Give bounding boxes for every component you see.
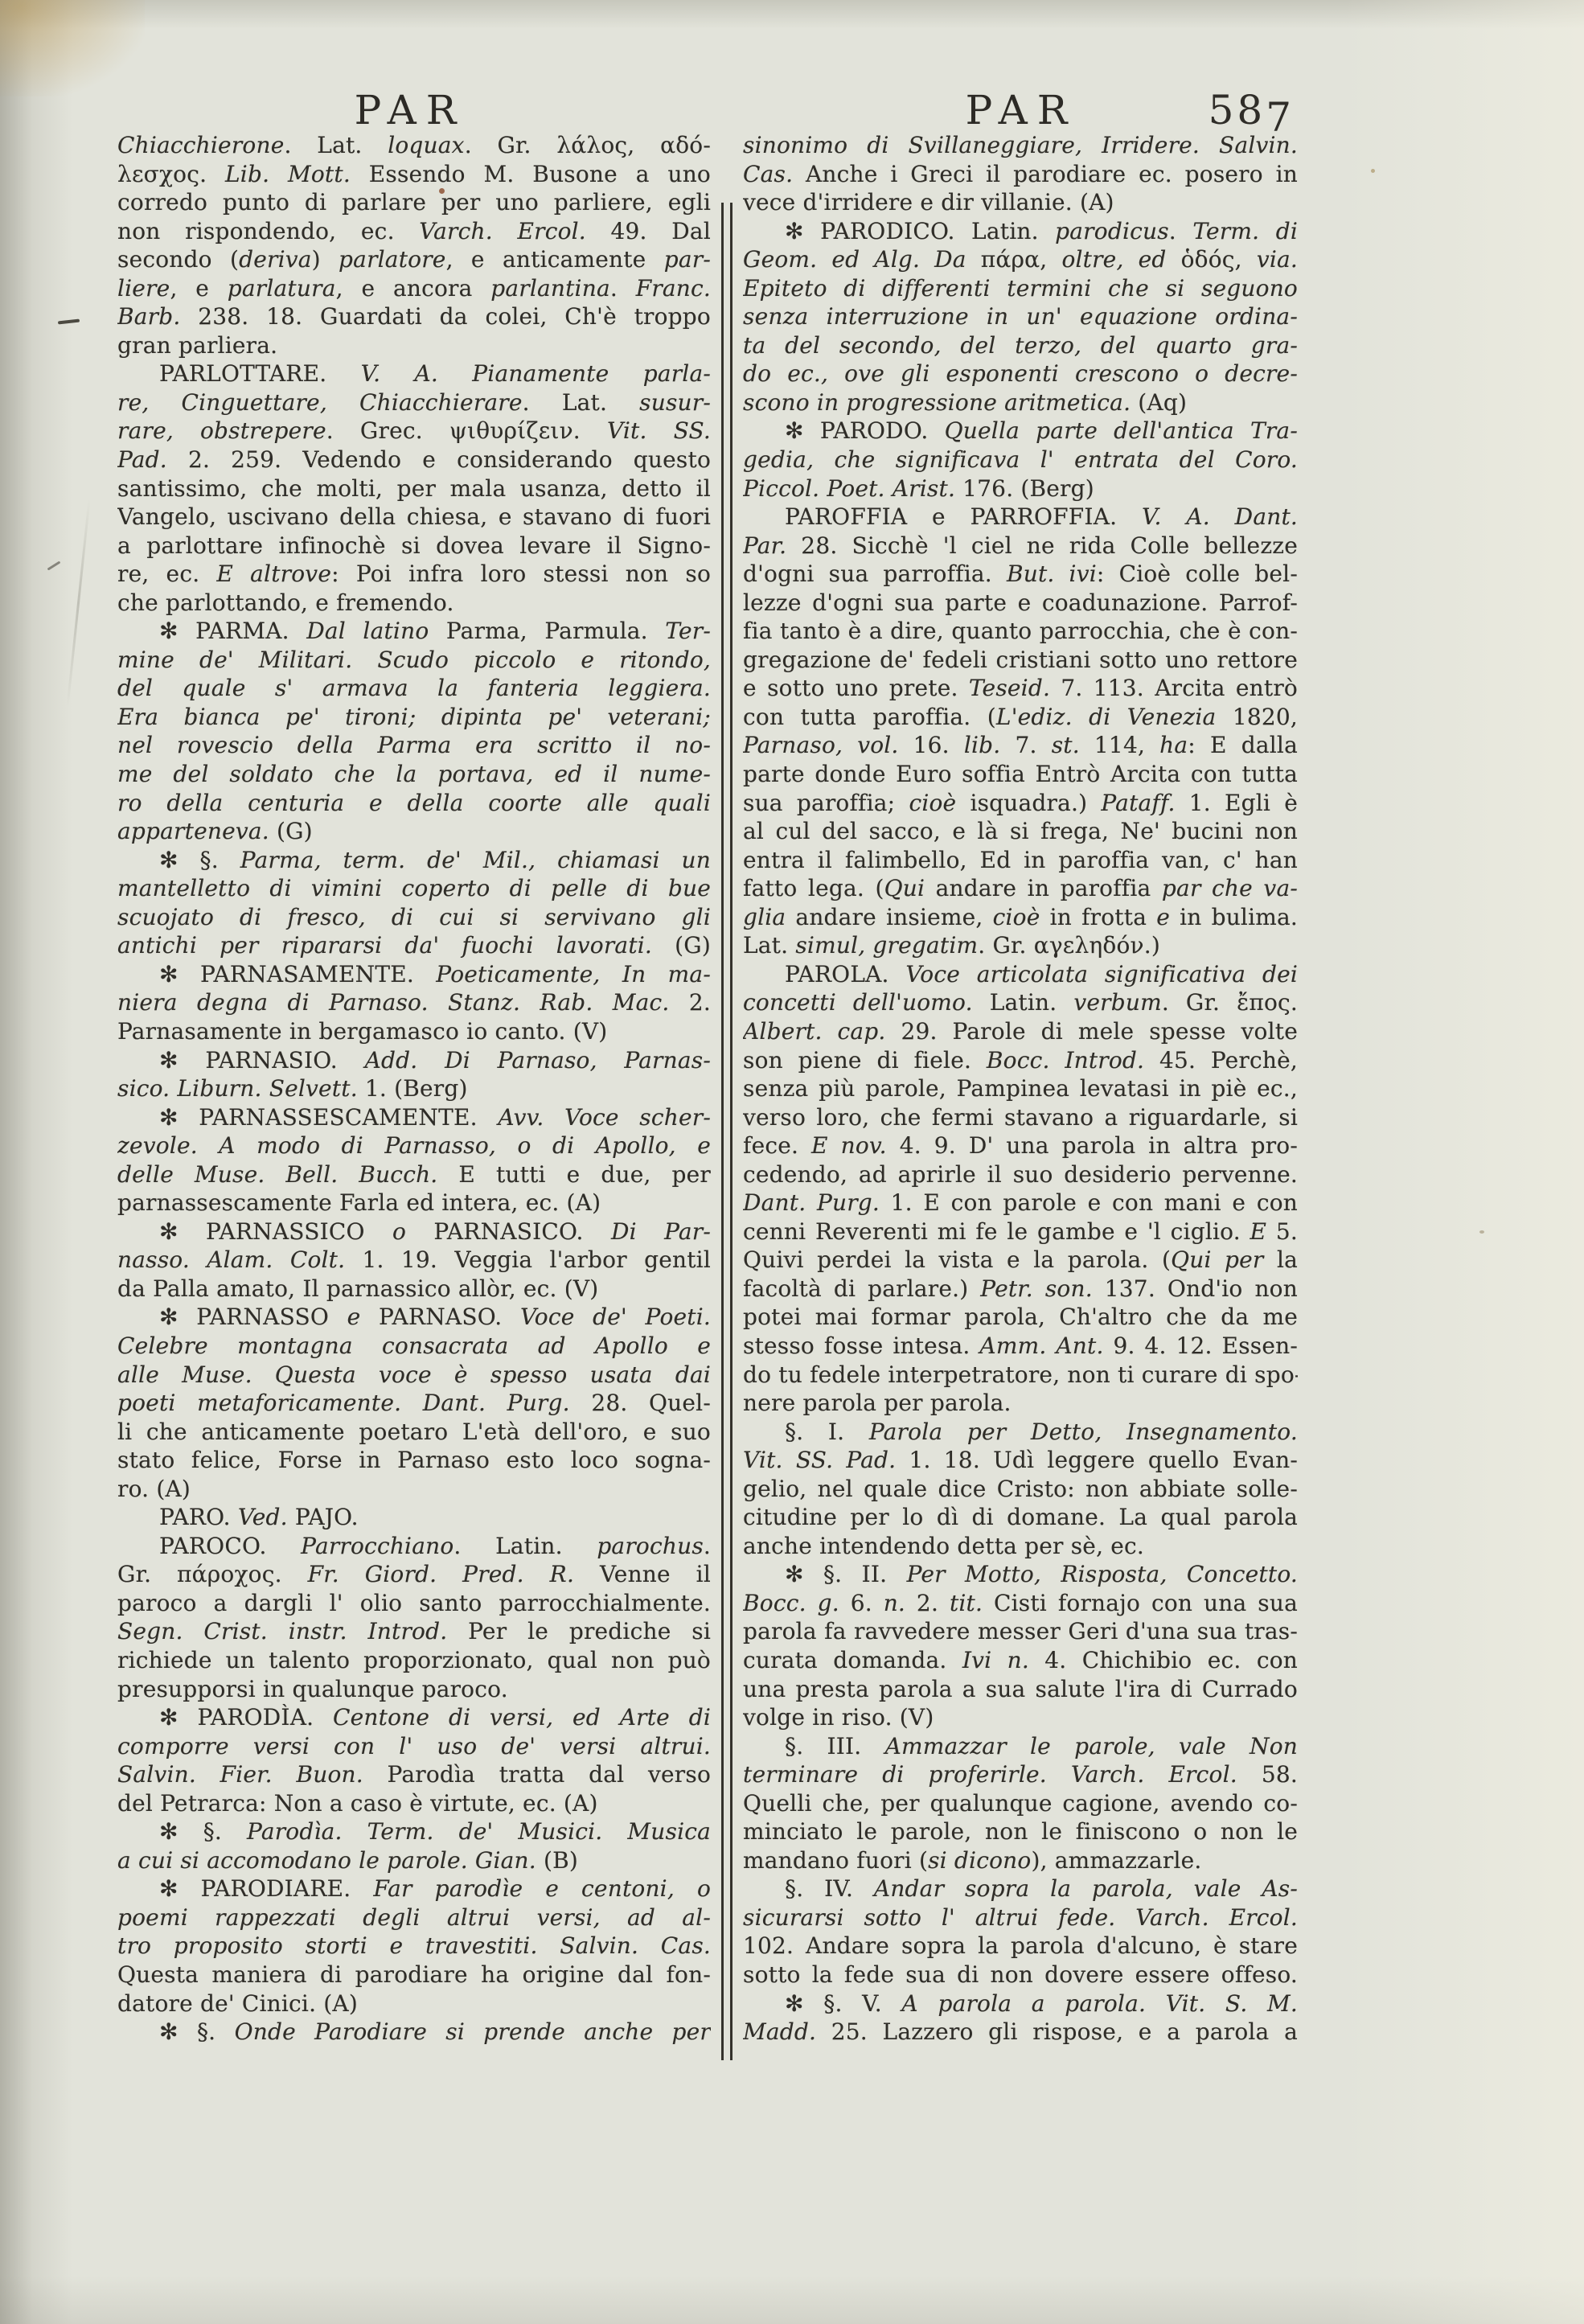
text-line: Cas. Anche i Greci il parodiare ec. pose… xyxy=(743,160,1298,189)
text-line: ✻ §. Parodìa. Term. de' Musici. Musica xyxy=(117,1817,711,1846)
text-line: Salvin. Fier. Buon. Parodìa tratta dal v… xyxy=(117,1760,711,1789)
text-line: fatto lega. (Qui andare in paroffia par … xyxy=(743,874,1298,903)
text-line: liere, e parlatura, e ancora parlantina.… xyxy=(117,274,711,303)
text-line: ro. (A) xyxy=(117,1475,711,1504)
text-line: Quelli che, per qualunque cagione, avend… xyxy=(743,1789,1298,1818)
text-line: me del soldato che la portava, ed il num… xyxy=(117,760,711,789)
paper-speck xyxy=(1371,169,1375,173)
text-line: che parlottando, e fremendo. xyxy=(117,589,711,618)
text-line: ✻ PARNASAMENTE. Poeticamente, In ma- xyxy=(117,960,711,989)
text-line: lezze d'ogni sua parte e coadunazione. P… xyxy=(743,589,1298,618)
text-line: sua paroffia; cioè isquadra.) Pataff. 1.… xyxy=(743,789,1298,818)
text-line: curata domanda. Ivi n. 4. Chichibio ec. … xyxy=(743,1646,1298,1675)
text-line: facoltà di parlare.) Petr. son. 137. Ond… xyxy=(743,1275,1298,1304)
text-line: Piccol. Poet. Arist. 176. (Berg) xyxy=(743,474,1298,503)
text-line: poeti metaforicamente. Dant. Purg. 28. Q… xyxy=(117,1389,711,1418)
text-line: PAROLA. Voce articolata significativa de… xyxy=(743,960,1298,989)
text-line: con tutta paroffia. (L'ediz. di Venezia … xyxy=(743,703,1298,732)
text-line: Bocc. g. 6. n. 2. tit. Cisti fornajo con… xyxy=(743,1589,1298,1618)
text-line: delle Muse. Bell. Bucch. E tutti e due, … xyxy=(117,1160,711,1189)
text-line: ro della centuria e della coorte alle qu… xyxy=(117,789,711,818)
text-line: anche intendendo detta per sè, ec. xyxy=(743,1532,1298,1561)
text-line: ✻ PARNASSESCAMENTE. Avv. Voce scher- xyxy=(117,1103,711,1132)
text-line: Pad. 2. 259. Vedendo e considerando ques… xyxy=(117,446,711,474)
text-line: fece. E nov. 4. 9. D' una parola in altr… xyxy=(743,1131,1298,1160)
text-line: ✻ §. Onde Parodiare si prende anche per xyxy=(117,2018,711,2047)
text-line: parte donde Euro soffia Entrò Arcita con… xyxy=(743,760,1298,789)
text-line: Era bianca pe' tironi; dipinta pe' veter… xyxy=(117,703,711,732)
text-line: §. I. Parola per Detto, Insegnamento. xyxy=(743,1418,1298,1447)
text-line: mandano fuori (si dicono), ammazzarle. xyxy=(743,1846,1298,1875)
text-line: Albert. cap. 29. Parole di mele spesse v… xyxy=(743,1017,1298,1046)
paper-speck xyxy=(1479,1230,1484,1234)
text-line: PAROCO. Parrocchiano. Latin. parochus. xyxy=(117,1532,711,1561)
text-line: mantelletto di vimini coperto di pelle d… xyxy=(117,874,711,903)
text-line: alle Muse. Questa voce è spesso usata da… xyxy=(117,1361,711,1390)
text-line: cenni Reverenti mi fe le gambe e 'l cigl… xyxy=(743,1217,1298,1246)
text-line: a cui si accomodano le parole. Gian. (B) xyxy=(117,1846,711,1875)
text-line: terminare di proferirle. Varch. Ercol. 5… xyxy=(743,1760,1298,1789)
text-line: senza interruzione in un' equazione ordi… xyxy=(743,302,1298,331)
text-line: una presta parola a sua salute l'ira di … xyxy=(743,1675,1298,1704)
text-line: zevole. A modo di Parnasso, o di Apollo,… xyxy=(117,1131,711,1160)
text-line: sico. Liburn. Selvett. 1. (Berg) xyxy=(117,1074,711,1103)
text-line: da Palla amato, Il parnassico allòr, ec.… xyxy=(117,1275,711,1304)
text-line: al cul del sacco, e là si frega, Ne' buc… xyxy=(743,817,1298,846)
left-text-column: Chiacchierone. Lat. loquax. Gr. λάλος, α… xyxy=(117,131,711,2047)
text-line: gelio, nel quale dice Cristo: non abbiat… xyxy=(743,1475,1298,1504)
binding-shadow xyxy=(0,0,72,2324)
text-line: gregazione de' fedeli cristiani sotto un… xyxy=(743,646,1298,675)
running-head-left: PAR xyxy=(306,87,515,133)
text-line: ✻ PARODIARE. Far parodìe e centoni, o xyxy=(117,1874,711,1903)
text-line: potei mai formar parola, Ch'altro che da… xyxy=(743,1303,1298,1332)
dictionary-page: PAR PAR 587 Chiacchierone. Lat. loquax. … xyxy=(0,0,1584,2324)
text-line: re, Cinguettare, Chiacchierare. Lat. sus… xyxy=(117,388,711,417)
page-number-main: 58 xyxy=(1209,87,1266,133)
text-line: comporre versi con l' uso de' versi altr… xyxy=(117,1732,711,1761)
text-line: secondo (deriva) parlatore, e anticament… xyxy=(117,245,711,274)
text-line: del quale s' armava la fanteria leggiera… xyxy=(117,674,711,703)
text-line: Gr. πάροχος. Fr. Giord. Pred. R. Venne i… xyxy=(117,1560,711,1589)
running-head-right: PAR xyxy=(917,87,1126,133)
text-line: son piene di fiele. Bocc. Introd. 45. Pe… xyxy=(743,1046,1298,1075)
text-line: tro proposito storti e travestiti. Salvi… xyxy=(117,1932,711,1961)
text-line: re, ec. E altrove: Poi infra loro stessi… xyxy=(117,560,711,589)
column-divider-rule xyxy=(721,203,732,2060)
text-line: datore de' Cinici. (A) xyxy=(117,1989,711,2018)
text-line: a parlottare infinochè si dovea levare i… xyxy=(117,532,711,560)
text-line: scuojato di fresco, di cui si servivano … xyxy=(117,903,711,932)
text-line: li che anticamente poetaro L'età dell'or… xyxy=(117,1418,711,1447)
text-line: PARLOTTARE. V. A. Pianamente parla- xyxy=(117,359,711,388)
text-line: PARO. Ved. PAJO. xyxy=(117,1503,711,1532)
text-line: Questa maniera di parodiare ha origine d… xyxy=(117,1961,711,1989)
page-number: 587 xyxy=(1182,87,1295,133)
text-line: do ec., ove gli esponenti crescono o dec… xyxy=(743,359,1298,388)
text-line: glia andare insieme, cioè in frotta e in… xyxy=(743,903,1298,932)
text-line: citudine per lo dì di domane. La qual pa… xyxy=(743,1503,1298,1532)
text-line: PAROFFIA e PARROFFIA. V. A. Dant. xyxy=(743,503,1298,532)
text-line: nel rovescio della Parma era scritto il … xyxy=(117,731,711,760)
text-line: 102. Andare sopra la parola d'alcuno, è … xyxy=(743,1932,1298,1961)
corner-stain xyxy=(0,0,145,96)
text-line: volge in riso. (V) xyxy=(743,1703,1298,1732)
text-line: ✻ PARODÌA. Centone di versi, ed Arte di xyxy=(117,1703,711,1732)
text-line: ✻ PARODO. Quella parte dell'antica Tra- xyxy=(743,417,1298,446)
text-line: concetti dell'uomo. Latin. verbum. Gr. ἔ… xyxy=(743,988,1298,1017)
text-line: sinonimo di Svillaneggiare, Irridere. Sa… xyxy=(743,131,1298,160)
text-line: stesso fosse intesa. Amm. Ant. 9. 4. 12.… xyxy=(743,1332,1298,1361)
text-line: vece d'irridere e dir villanie. (A) xyxy=(743,188,1298,217)
text-line: entra il falimbello, Ed in paroffia van,… xyxy=(743,846,1298,875)
text-line: verso loro, che fermi stavano a riguarda… xyxy=(743,1103,1298,1132)
text-line: gedia, che significava l' entrata del Co… xyxy=(743,446,1298,474)
text-line: ✻ PARMA. Dal latino Parma, Parmula. Ter- xyxy=(117,617,711,646)
text-line: do tu fedele interpetratore, non ti cura… xyxy=(743,1361,1298,1390)
text-line: Parnaso, vol. 16. lib. 7. st. 114, ha: E… xyxy=(743,731,1298,760)
text-line: d'ogni sua parroffia. But. ivi: Cioè col… xyxy=(743,560,1298,589)
text-line: §. III. Ammazzar le parole, vale Non xyxy=(743,1732,1298,1761)
text-line: Segn. Crist. instr. Introd. Per le predi… xyxy=(117,1617,711,1646)
text-line: sotto la fede sua di non dovere essere o… xyxy=(743,1961,1298,1989)
text-line: parnassescamente Farla ed intera, ec. (A… xyxy=(117,1189,711,1217)
text-line: Celebre montagna consacrata ad Apollo e xyxy=(117,1332,711,1361)
text-line: nasso. Alam. Colt. 1. 19. Veggia l'arbor… xyxy=(117,1246,711,1275)
text-line: rare, obstrepere. Grec. ψιθυρίζειν. Vit.… xyxy=(117,417,711,446)
text-line: santissimo, che molti, per mala usanza, … xyxy=(117,474,711,503)
text-line: nere parola per parola. xyxy=(743,1389,1298,1418)
text-line: ✻ §. Parma, term. de' Mil., chiamasi un xyxy=(117,846,711,875)
text-line: cedendo, ad aprirle il suo desiderio per… xyxy=(743,1160,1298,1189)
text-line: Vangelo, uscivano della chiesa, e stavan… xyxy=(117,503,711,532)
text-line: paroco a dargli l' olio santo parrocchia… xyxy=(117,1589,711,1618)
text-line: Quivi perdei la vista e la parola. (Qui … xyxy=(743,1246,1298,1275)
text-line: antichi per ripararsi da' fuochi lavorat… xyxy=(117,931,711,960)
text-line: scono in progressione aritmetica. (Aq) xyxy=(743,388,1298,417)
text-line: §. IV. Andar sopra la parola, vale As- xyxy=(743,1874,1298,1903)
right-text-column: sinonimo di Svillaneggiare, Irridere. Sa… xyxy=(743,131,1298,2047)
text-line: parola fa ravvedere messer Geri d'una su… xyxy=(743,1617,1298,1646)
text-line: non rispondendo, ec. Varch. Ercol. 49. D… xyxy=(117,217,711,246)
text-line: ✻ PARNASIO. Add. Di Parnaso, Parnas- xyxy=(117,1046,711,1075)
text-line: presupporsi in qualunque paroco. xyxy=(117,1675,711,1704)
text-line: Chiacchierone. Lat. loquax. Gr. λάλος, α… xyxy=(117,131,711,160)
text-line: ✻ PARNASSICO o PARNASICO. Di Par- xyxy=(117,1217,711,1246)
text-line: minciato le parole, non le finiscono o n… xyxy=(743,1817,1298,1846)
text-line: stato felice, Forse in Parnaso esto loco… xyxy=(117,1446,711,1475)
text-line: Parnasamente in bergamasco io canto. (V) xyxy=(117,1017,711,1046)
text-line: Lat. simul, gregatim. Gr. αγεληδόν.) xyxy=(743,931,1298,960)
text-line: Epiteto di differenti termini che si seg… xyxy=(743,274,1298,303)
text-line: corredo punto di parlare per uno parlier… xyxy=(117,188,711,217)
outer-margin-highlight xyxy=(1343,0,1584,2324)
text-line: poemi rappezzati degli altrui versi, ad … xyxy=(117,1903,711,1932)
text-line: apparteneva. (G) xyxy=(117,817,711,846)
text-line: richiede un talento proporzionato, qual … xyxy=(117,1646,711,1675)
text-line: gran parliera. xyxy=(117,331,711,360)
text-line: ✻ §. V. A parola a parola. Vit. S. M. xyxy=(743,1989,1298,2018)
text-line: del Petrarca: Non a caso è virtute, ec. … xyxy=(117,1789,711,1818)
text-line: λεσχος. Lib. Mott. Essendo M. Busone a u… xyxy=(117,160,711,189)
text-line: senza più parole, Pampinea levatasi in p… xyxy=(743,1074,1298,1103)
text-line: Geom. ed Alg. Da πάρα, oltre, ed ὁδός, v… xyxy=(743,245,1298,274)
text-line: Barb. 238. 18. Guardati da colei, Ch'è t… xyxy=(117,302,711,331)
text-line: Dant. Purg. 1. E con parole e con mani e… xyxy=(743,1189,1298,1217)
text-line: ta del secondo, del terzo, del quarto gr… xyxy=(743,331,1298,360)
text-line: ✻ PARODICO. Latin. parodicus. Term. di xyxy=(743,217,1298,246)
text-line: e sotto uno prete. Teseid. 7. 113. Arcit… xyxy=(743,674,1298,703)
text-line: Madd. 25. Lazzero gli rispose, e a parol… xyxy=(743,2018,1298,2047)
text-line: ✻ PARNASSO e PARNASO. Voce de' Poeti. xyxy=(117,1303,711,1332)
text-line: mine de' Militari. Scudo piccolo e riton… xyxy=(117,646,711,675)
text-line: sicurarsi sotto l' altrui fede. Varch. E… xyxy=(743,1903,1298,1932)
text-line: Par. 28. Sicchè 'l ciel ne rida Colle be… xyxy=(743,532,1298,560)
text-line: niera degna di Parnaso. Stanz. Rab. Mac.… xyxy=(117,988,711,1017)
text-line: fia tanto è a dire, quanto parrocchia, c… xyxy=(743,617,1298,646)
text-line: ✻ §. II. Per Motto, Risposta, Concetto. xyxy=(743,1560,1298,1589)
text-line: Vit. SS. Pad. 1. 18. Udì leggere quello … xyxy=(743,1446,1298,1475)
